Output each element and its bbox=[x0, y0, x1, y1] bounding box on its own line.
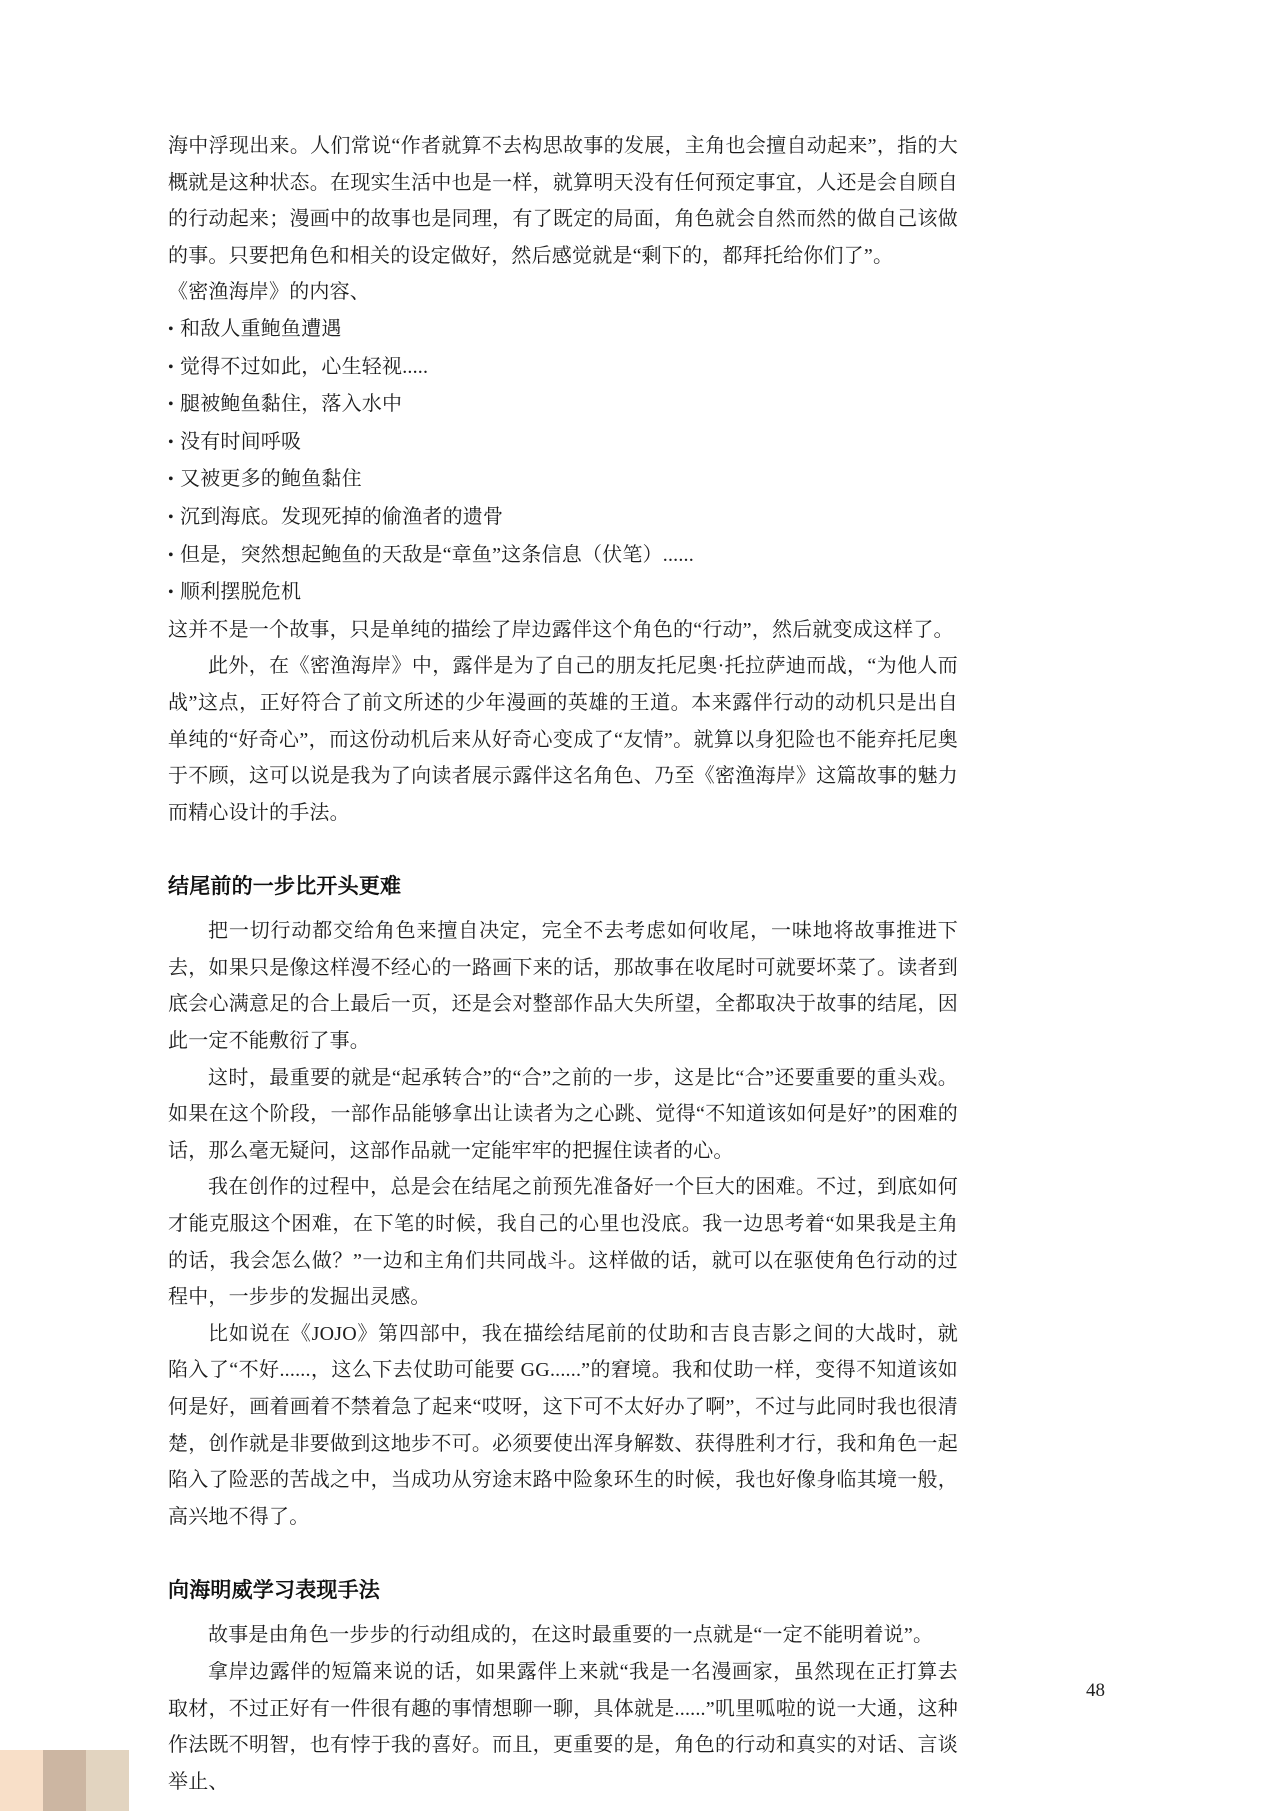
list-item: •觉得不过如此，心生轻视..... bbox=[168, 349, 958, 387]
bullet-icon: • bbox=[168, 575, 180, 612]
list-item-text: 腿被鲍鱼黏住，落入水中 bbox=[180, 393, 402, 415]
list-item: •沉到海底。发现死掉的偷渔者的遗骨 bbox=[168, 499, 958, 537]
list-item: •腿被鲍鱼黏住，落入水中 bbox=[168, 386, 958, 424]
paragraph: 比如说在《JOJO》第四部中，我在描绘结尾前的仗助和吉良吉影之间的大战时，就陷入… bbox=[168, 1316, 958, 1536]
paragraph: 拿岸边露伴的短篇来说的话，如果露伴上来就“我是一名漫画家，虽然现在正打算去取材，… bbox=[168, 1654, 958, 1800]
bullet-icon: • bbox=[168, 500, 180, 537]
bullet-icon: • bbox=[168, 462, 180, 499]
paragraph: 把一切行动都交给角色来擅自决定，完全不去考虑如何收尾，一味地将故事推进下去，如果… bbox=[168, 913, 958, 1059]
story-beats-list: •和敌人重鲍鱼遭遇 •觉得不过如此，心生轻视..... •腿被鲍鱼黏住，落入水中… bbox=[168, 311, 958, 612]
print-color-swatches bbox=[0, 1750, 129, 1811]
paragraph: 这时，最重要的就是“起承转合”的“合”之前的一步，这是比“合”还要重要的重头戏。… bbox=[168, 1060, 958, 1170]
paragraph: 故事是由角色一步步的行动组成的，在这时最重要的一点就是“一定不能明着说”。 bbox=[168, 1617, 958, 1654]
page-number: 48 bbox=[1045, 1680, 1105, 1702]
list-item-text: 又被更多的鲍鱼黏住 bbox=[180, 468, 362, 490]
opening-paragraph: 海中浮现出来。人们常说“作者就算不去构思故事的发展，主角也会擅自动起来”，指的大… bbox=[168, 128, 958, 274]
bullet-icon: • bbox=[168, 538, 180, 575]
bullet-icon: • bbox=[168, 425, 180, 462]
book-page: 海中浮现出来。人们常说“作者就算不去构思故事的发展，主角也会擅自动起来”，指的大… bbox=[0, 0, 1280, 1811]
section-hemingway: 向海明威学习表现手法 故事是由角色一步步的行动组成的，在这时最重要的一点就是“一… bbox=[168, 1576, 958, 1800]
section-heading: 结尾前的一步比开头更难 bbox=[168, 872, 958, 902]
list-item-text: 沉到海底。发现死掉的偷渔者的遗骨 bbox=[180, 506, 503, 528]
color-swatch bbox=[0, 1750, 43, 1811]
paragraph: 我在创作的过程中，总是会在结尾之前预先准备好一个巨大的困难。不过，到底如何才能克… bbox=[168, 1169, 958, 1315]
list-item: •没有时间呼吸 bbox=[168, 424, 958, 462]
section-ending-step: 结尾前的一步比开头更难 把一切行动都交给角色来擅自决定，完全不去考虑如何收尾，一… bbox=[168, 872, 958, 1535]
list-item: •和敌人重鲍鱼遭遇 bbox=[168, 311, 958, 349]
list-item-text: 顺利摆脱危机 bbox=[180, 581, 301, 603]
color-swatch bbox=[43, 1750, 86, 1811]
bullet-icon: • bbox=[168, 312, 180, 349]
list-item-text: 但是，突然想起鲍鱼的天敌是“章鱼”这条信息（伏笔）...... bbox=[180, 544, 694, 566]
list-item-text: 和敌人重鲍鱼遭遇 bbox=[180, 318, 342, 340]
section-heading: 向海明威学习表现手法 bbox=[168, 1576, 958, 1606]
list-item-text: 觉得不过如此，心生轻视..... bbox=[180, 356, 428, 378]
list-item: •顺利摆脱危机 bbox=[168, 574, 958, 612]
bullet-icon: • bbox=[168, 350, 180, 387]
bullet-icon: • bbox=[168, 387, 180, 424]
list-item-text: 没有时间呼吸 bbox=[180, 431, 301, 453]
list-intro: 《密渔海岸》的内容、 bbox=[168, 274, 958, 311]
after-list-paragraph: 这并不是一个故事，只是单纯的描绘了岸边露伴这个角色的“行动”，然后就变成这样了。 bbox=[168, 612, 958, 649]
page-body-text: 海中浮现出来。人们常说“作者就算不去构思故事的发展，主角也会擅自动起来”，指的大… bbox=[168, 128, 958, 1800]
list-item: •但是，突然想起鲍鱼的天敌是“章鱼”这条信息（伏笔）...... bbox=[168, 537, 958, 575]
paragraph-tonio: 此外，在《密渔海岸》中，露伴是为了自己的朋友托尼奥·托拉萨迪而战，“为他人而战”… bbox=[168, 648, 958, 831]
color-swatch bbox=[86, 1750, 129, 1811]
list-item: •又被更多的鲍鱼黏住 bbox=[168, 461, 958, 499]
